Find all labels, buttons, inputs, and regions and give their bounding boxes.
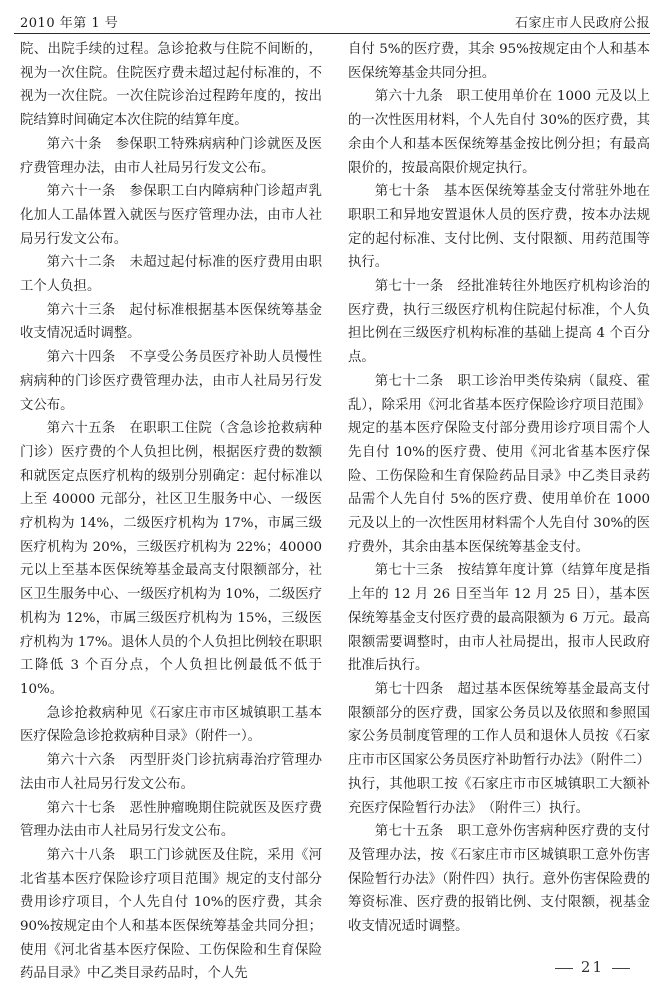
article-61: 第六十一条 参保职工白内障病种门诊超声乳化加人工晶体置入就医与医疗管理办法，由市… xyxy=(20,180,322,251)
article-65-note: 急诊抢救病种见《石家庄市市区城镇职工基本医疗保险急诊抢救病种目录》（附件一）。 xyxy=(20,702,322,749)
article-72: 第七十二条 职工诊治甲类传染病（鼠疫、霍乱），除采用《河北省基本医疗保险诊疗项目… xyxy=(348,370,650,560)
article-67: 第六十七条 恶性肿瘤晚期住院就医及医疗费管理办法由市人社局另行发文公布。 xyxy=(20,797,322,844)
article-65: 第六十五条 在职职工住院（含急诊抢救病种门诊）医疗费的个人负担比例，根据医疗费的… xyxy=(20,417,322,701)
page-footer: 21 xyxy=(547,958,638,976)
article-73: 第七十三条 按结算年度计算（结算年度是指上年的 12 月 26 日至当年 12 … xyxy=(348,559,650,678)
dash-decoration xyxy=(555,968,573,969)
article-74: 第七十四条 超过基本医保统筹基金最高支付限额部分的医疗费，国家公务员以及依照和参… xyxy=(348,678,650,820)
page-header: 2010 年第 1 号 石家庄市人民政府公报 xyxy=(20,8,650,32)
issue-label: 2010 年第 1 号 xyxy=(20,12,118,31)
article-69: 第六十九条 职工使用单价在 1000 元及以上的一次性医用材料，个人先自付 30… xyxy=(348,85,650,180)
publication-title: 石家庄市人民政府公报 xyxy=(515,12,650,31)
paragraph: 院、出院手续的过程。急诊抢救与住院不间断的，视为一次住院。住院医疗费未超过起付标… xyxy=(20,38,322,133)
article-64: 第六十四条 不享受公务员医疗补助人员慢性病病种的门诊医疗费管理办法，由市人社局另… xyxy=(20,346,322,417)
article-60: 第六十条 参保职工特殊病病种门诊就医及医疗费管理办法，由市人社局另行发文公布。 xyxy=(20,133,322,180)
article-68: 第六十八条 职工门诊就医及住院，采用《河北省基本医疗保险诊疗项目范围》规定的支付… xyxy=(20,844,322,986)
article-70: 第七十条 基本医保统筹基金支付常驻外地在职职工和异地安置退休人员的医疗费，按本办… xyxy=(348,180,650,275)
article-75: 第七十五条 职工意外伤害病种医疗费的支付及管理办法，按《石家庄市市区城镇职工意外… xyxy=(348,820,650,939)
page-number: 21 xyxy=(581,958,604,976)
article-63: 第六十三条 起付标准根据基本医保统筹基金收支情况适时调整。 xyxy=(20,299,322,346)
right-column: 自付 5%的医疗费，其余 95%按规定由个人和基本医保统筹基金共同分担。 第六十… xyxy=(348,38,650,939)
dash-decoration xyxy=(612,968,630,969)
paragraph: 自付 5%的医疗费，其余 95%按规定由个人和基本医保统筹基金共同分担。 xyxy=(348,38,650,85)
header-rule xyxy=(14,33,650,34)
article-66: 第六十六条 丙型肝炎门诊抗病毒治疗管理办法由市人社局另行发文公布。 xyxy=(20,749,322,796)
left-column: 院、出院手续的过程。急诊抢救与住院不间断的，视为一次住院。住院医疗费未超过起付标… xyxy=(20,38,322,986)
article-62: 第六十二条 未超过起付标准的医疗费用由职工个人负担。 xyxy=(20,251,322,298)
article-71: 第七十一条 经批准转往外地医疗机构诊治的医疗费，执行三级医疗机构住院起付标准，个… xyxy=(348,275,650,370)
